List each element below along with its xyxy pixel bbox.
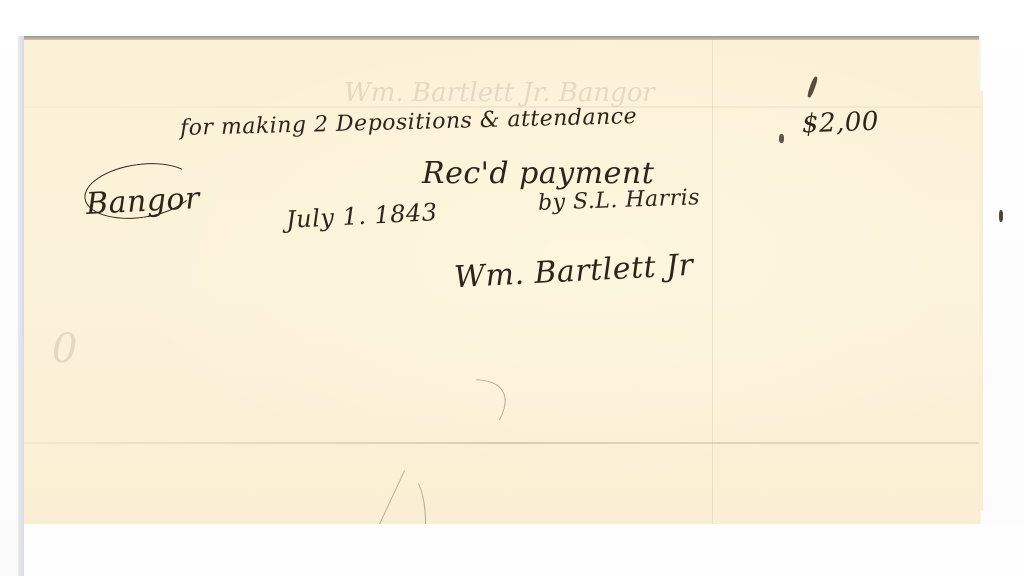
bleed-through-margin: 0: [52, 326, 77, 372]
ink-blot: [806, 76, 818, 98]
vertical-fold-line: [712, 36, 713, 524]
bleed-through-text: Wm. Bartlett Jr. Bangor: [344, 78, 655, 108]
ink-blot: [999, 210, 1003, 222]
receipt-paper: Wm. Bartlett Jr. Bangor 0 for making 2 D…: [24, 36, 979, 524]
signature: Wm. Bartlett Jr: [453, 248, 694, 295]
scan-bottom-margin: [24, 524, 1024, 576]
service-description: for making 2 Depositions & attendance: [180, 104, 638, 141]
received-by: by S.L. Harris: [538, 185, 701, 216]
amount: $2,00: [801, 107, 879, 140]
date: July 1. 1843: [285, 198, 438, 234]
paper-right-edge: [979, 91, 983, 511]
paper-top-edge: [24, 36, 979, 40]
ink-blot: [779, 134, 784, 143]
received-payment: Rec'd payment: [422, 156, 654, 191]
lower-fold-line: [24, 442, 979, 444]
place-name: Bangor: [85, 181, 201, 222]
